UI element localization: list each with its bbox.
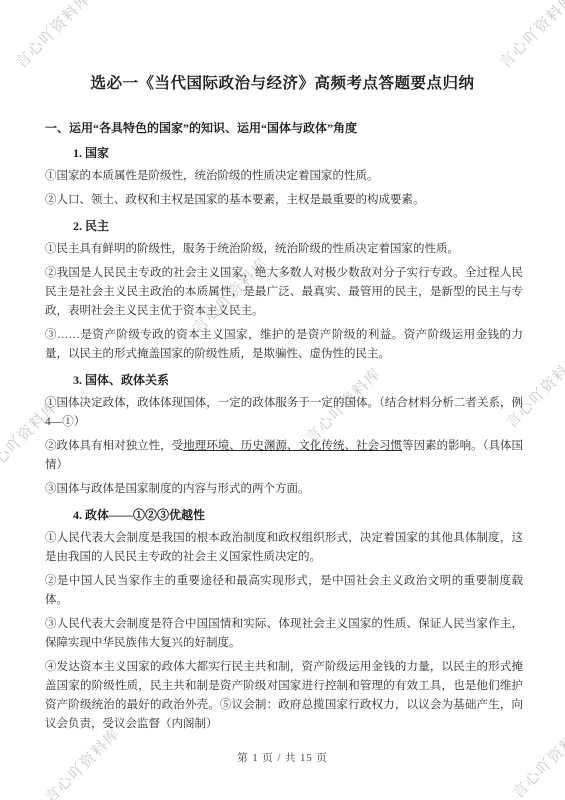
paragraph: ①国体决定政体，政体体现国体，一定的政体服务于一定的国体。（结合材料分析二者关系… <box>45 394 523 432</box>
paragraph-text: ②人口、领土、政权和主权是国家的基本要素，主权是最重要的构成要素。 <box>45 194 425 206</box>
paragraph-text: ④发达资本主义国家的政体大都实行民主共和制，资产阶级运用金钱的力量，以民主的形式… <box>45 661 523 730</box>
subsection-heading: 1. 国家 <box>45 145 523 162</box>
paragraph: ③人民代表大会制度是符合中国国情和实际、体现社会主义国家的性质、保证人民当家作主… <box>45 615 523 653</box>
paragraph: ③……是资产阶级专政的资本主义国家，维护的是资产阶级的利益。资产阶级运用金钱的力… <box>45 326 523 364</box>
paragraph: ①民主具有鲜明的阶级性，服务于统治阶级，统治阶级的性质决定着国家的性质。 <box>45 240 523 259</box>
document-body: 一、运用“各具特色的国家”的知识、运用“国体与政体”角度1. 国家①国家的本质属… <box>45 120 523 739</box>
paragraph-text: ③国体与政体是国家制度的内容与形式的两个方面。 <box>45 483 310 495</box>
page-title: 选必一《当代国际政治与经济》高频考点答题要点归纳 <box>0 71 565 93</box>
subsection-heading: 4. 政体——①②③优越性 <box>45 507 523 524</box>
subsection-heading: 3. 国体、政体关系 <box>45 372 523 389</box>
paragraph: ②我国是人民民主专政的社会主义国家，绝大多数人对极少数敌对分子实行专政。全过程人… <box>45 264 523 321</box>
paragraph: ①国家的本质属性是阶级性，统治阶级的性质决定着国家的性质。 <box>45 167 523 186</box>
watermark-text: 言心吖资料库 <box>11 0 96 72</box>
document-page: 言心吖资料库言心吖资料库言心吖资料库言心吖资料库言心吖资料库言心吖资料库言心吖资… <box>0 0 565 800</box>
page-footer: 第 1 页 / 共 15 页 <box>0 750 565 765</box>
paragraph-text: ②是中国人民当家作主的重要途径和最高实现形式，是中国社会主义政治文明的重要制度载… <box>45 575 523 606</box>
paragraph-text: ③……是资产阶级专政的资本主义国家，维护的是资产阶级的利益。资产阶级运用金钱的力… <box>45 329 523 360</box>
paragraph: ②政体具有相对独立性，受地理环境、历史渊源、文化传统、社会习惯等因素的影响。（具… <box>45 437 523 475</box>
paragraph: ③国体与政体是国家制度的内容与形式的两个方面。 <box>45 480 523 499</box>
paragraph-text: ②我国是人民民主专政的社会主义国家，绝大多数人对极少数敌对分子实行专政。全过程人… <box>45 267 523 317</box>
paragraph-text: ②政体具有相对独立性，受 <box>45 440 183 452</box>
section-heading: 一、运用“各具特色的国家”的知识、运用“国体与政体”角度 <box>45 120 523 137</box>
paragraph-text: ③人民代表大会制度是符合中国国情和实际、体现社会主义国家的性质、保证人民当家作主… <box>45 618 523 649</box>
watermark-text: 言心吖资料库 <box>495 0 565 72</box>
paragraph-text: ①国体决定政体，政体体现国体，一定的政体服务于一定的国体。（结合材料分析二者关系… <box>45 397 523 428</box>
paragraph: ②是中国人民当家作主的重要途径和最高实现形式，是中国社会主义政治文明的重要制度载… <box>45 572 523 610</box>
paragraph-text: ①人民代表大会制度是我国的根本政治制度和政权组织形式，决定着国家的其他具体制度，… <box>45 532 523 563</box>
paragraph: ④发达资本主义国家的政体大都实行民主共和制，资产阶级运用金钱的力量，以民主的形式… <box>45 658 523 734</box>
paragraph-text: ①民主具有鲜明的阶级性，服务于统治阶级，统治阶级的性质决定着国家的性质。 <box>45 243 459 255</box>
paragraph-text: ①国家的本质属性是阶级性，统治阶级的性质决定着国家的性质。 <box>45 170 379 182</box>
paragraph: ②人口、领土、政权和主权是国家的基本要素，主权是最重要的构成要素。 <box>45 191 523 210</box>
subsection-heading: 2. 民主 <box>45 218 523 235</box>
underlined-text: 地理环境、历史渊源、文化传统、社会习惯 <box>183 440 402 452</box>
paragraph: ①人民代表大会制度是我国的根本政治制度和政权组织形式，决定着国家的其他具体制度，… <box>45 529 523 567</box>
